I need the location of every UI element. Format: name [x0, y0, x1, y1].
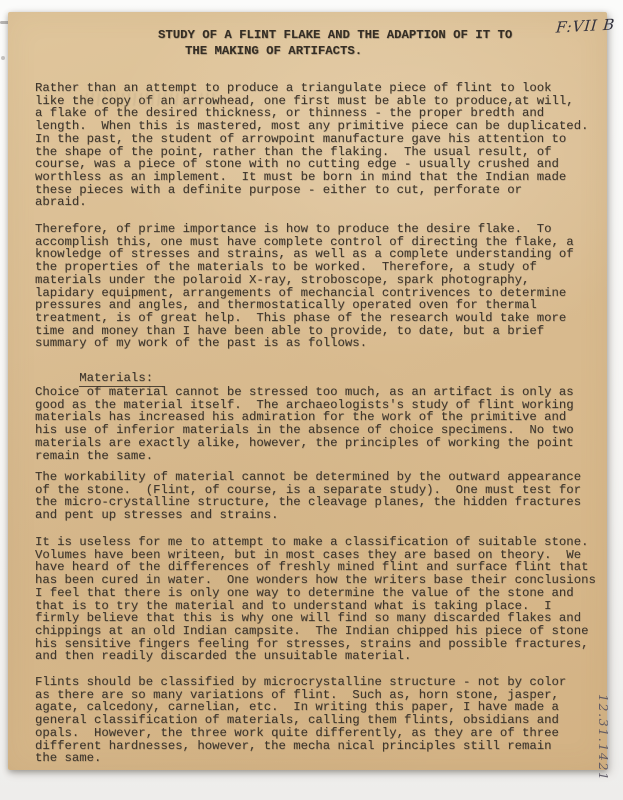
research-methods-paragraph: Therefore, of prime importance is how to… — [35, 223, 574, 350]
document-title-line-1: STUDY OF A FLINT FLAKE AND THE ADAPTION … — [158, 29, 512, 42]
catalog-mark-handwritten: F:VII B — [555, 15, 616, 36]
intro-paragraph: Rather than an attempt to produce a tria… — [35, 82, 588, 209]
margin-speck — [1, 56, 5, 60]
materials-paragraph-3: It is useless for me to attempt to make … — [35, 536, 596, 663]
classification-paragraph: Flints should be classified by microcrys… — [35, 676, 566, 765]
document-scan: STUDY OF A FLINT FLAKE AND THE ADAPTION … — [0, 0, 623, 800]
materials-paragraph-1: Choice of material cannot be stressed to… — [35, 386, 574, 462]
document-title-line-2: THE MAKING OF ARTIFACTS. — [185, 45, 362, 58]
accession-number-handwritten: 12.31.1421 — [596, 694, 611, 782]
paper-sheet: STUDY OF A FLINT FLAKE AND THE ADAPTION … — [8, 12, 607, 770]
materials-paragraph-2: The workability of material cannot be de… — [35, 471, 581, 522]
